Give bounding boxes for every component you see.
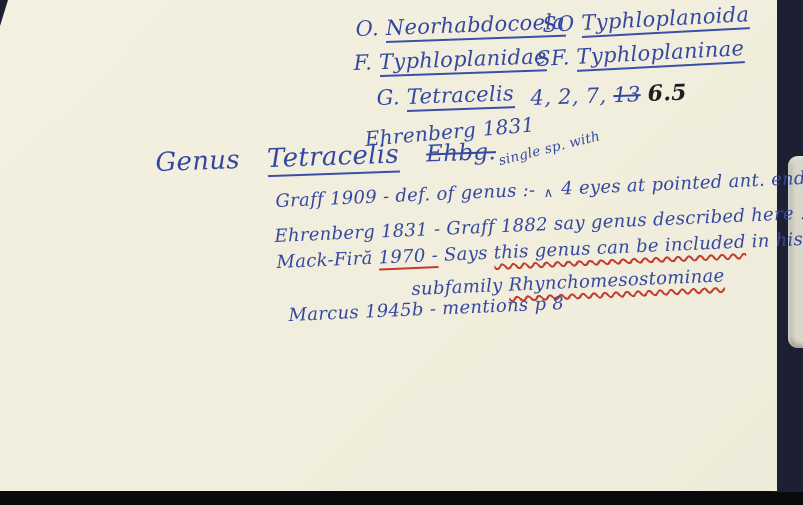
code-numbers-struck: 13 [613,82,641,107]
subfamily-name: Typhloplaninae [576,36,745,72]
index-card: O. Neorhabdocoela SO Typhloplanoida F. T… [0,0,777,491]
note-mack-author: Mack-Firă [276,248,373,273]
note-mack-after: in his [751,229,803,252]
note-graff-after: 4 eyes at pointed ant. end . [561,167,803,199]
order-name: Neorhabdocoela [385,10,565,43]
struck-abbrev: Ehbg. [426,139,497,167]
genus-name-abbrev: Tetracelis [406,81,514,112]
note-mack-red-underlined: this genus can be included [493,232,746,264]
taxonomy-subfamily: SF. Typhloplaninae [536,36,745,71]
family-rank-label: F. [353,50,372,75]
corner-shadow [0,0,8,26]
scanned-card-viewer: O. Neorhabdocoela SO Typhloplanoida F. T… [0,0,803,505]
suborder-name: Typhloplanoida [581,2,750,38]
note-mack-year: 1970 - [378,245,438,269]
genus-rank-label: G. [376,85,400,110]
order-rank-label: O. [355,16,379,41]
genus-title-line: Genus Tetracelis Ehbg. [155,136,497,178]
genus-word: Genus [155,145,240,178]
subfamily-rank-label: SF. [536,45,570,71]
taxonomy-family: F. Typhloplanidae [353,44,547,75]
taxonomy-order: O. Neorhabdocoela [355,10,565,41]
taxonomy-suborder: SO Typhloplanoida [542,2,750,37]
genus-title-name: Tetracelis [267,140,400,178]
note-subfamily-name: Rhynchomesostominae [508,265,725,295]
code-number-added: 6.5 [647,80,687,107]
suborder-rank-label: SO [542,11,575,37]
note-mack-says: Says [444,243,489,266]
code-numbers-line: 4, 2, 7, 13 6.5 [530,80,687,111]
code-numbers: 4, 2, 7, [530,83,607,110]
insertion-caret: ∧ [541,186,555,202]
taxonomy-genus: G. Tetracelis [376,81,514,110]
note-subfamily: subfamily Rhynchomesostominae [411,265,725,300]
note-graff-before: Graff 1909 - def. of genus :- [275,180,536,212]
family-name: Typhloplanidae [379,44,548,77]
